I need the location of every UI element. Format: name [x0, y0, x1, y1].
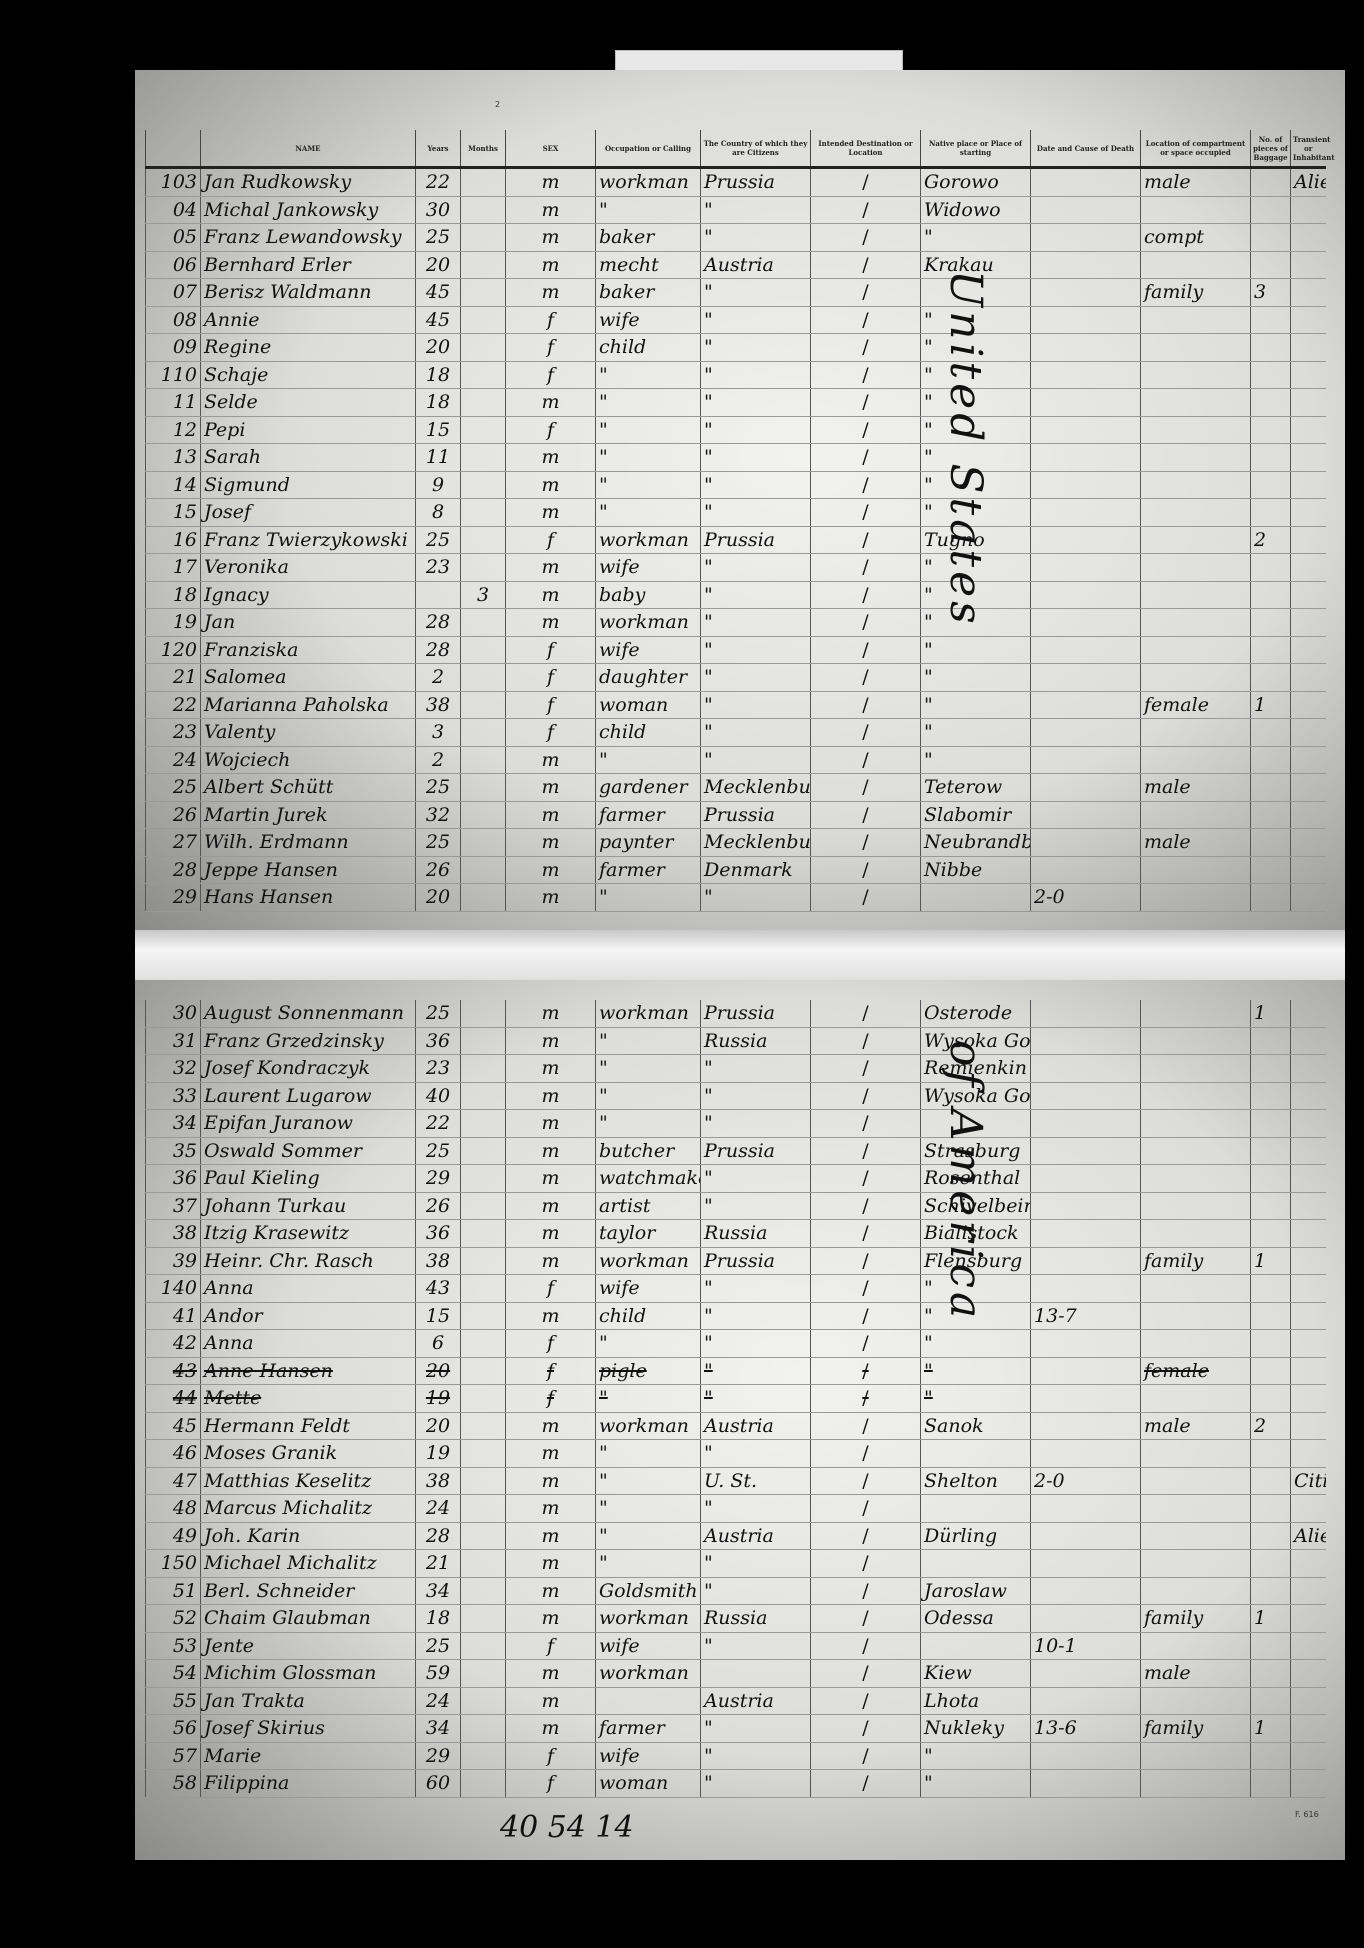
native-place: Dürling [921, 1522, 1031, 1550]
page-fold [135, 930, 1345, 980]
sex: m [506, 279, 596, 307]
date-of-death [1031, 719, 1141, 747]
age-months [461, 774, 506, 802]
row-number: 13 [146, 444, 201, 472]
transient-status [1291, 1220, 1326, 1248]
age-years: 19 [416, 1385, 461, 1413]
bottom-tally: 40 54 14 [500, 1810, 634, 1845]
occupation: workman [596, 609, 701, 637]
country: " [701, 224, 811, 252]
table-row: 21 Salomea 2 f daughter " / " [146, 664, 1326, 692]
table-row: 32 Josef Kondraczyk 23 m " " / Remienkin [146, 1055, 1326, 1083]
table-row: 45 Hermann Feldt 20 m workman Austria / … [146, 1412, 1326, 1440]
destination-mark: / [811, 499, 921, 527]
sex: m [506, 1440, 596, 1468]
transient-status [1291, 829, 1326, 857]
date-of-death [1031, 224, 1141, 252]
row-number: 07 [146, 279, 201, 307]
transient-status [1291, 279, 1326, 307]
compartment [1141, 636, 1251, 664]
passenger-name: Hans Hansen [201, 884, 416, 912]
row-number: 12 [146, 416, 201, 444]
table-row: 56 Josef Skirius 34 m farmer " / Nukleky… [146, 1715, 1326, 1743]
compartment: male [1141, 168, 1251, 197]
occupation: " [596, 444, 701, 472]
date-of-death [1031, 829, 1141, 857]
row-number: 39 [146, 1247, 201, 1275]
native-place: Neubrandbg [921, 829, 1031, 857]
passenger-name: Moses Granik [201, 1440, 416, 1468]
country: " [701, 389, 811, 417]
table-row: 22 Marianna Paholska 38 f woman " / " fe… [146, 691, 1326, 719]
age-years [416, 581, 461, 609]
destination-mark: / [811, 1577, 921, 1605]
native-place [921, 1632, 1031, 1660]
destination-mark: / [811, 1220, 921, 1248]
baggage-count: 3 [1251, 279, 1291, 307]
transient-status [1291, 306, 1326, 334]
passenger-name: Wojciech [201, 746, 416, 774]
occupation: " [596, 416, 701, 444]
destination-mark: / [811, 1550, 921, 1578]
table-row: 44 Mette 19 f " " / " [146, 1385, 1326, 1413]
row-number: 46 [146, 1440, 201, 1468]
transient-status [1291, 1165, 1326, 1193]
age-years: 25 [416, 1632, 461, 1660]
header-destination: Intended Destination or Location [811, 130, 921, 168]
table-row: 110 Schaje 18 f " " / " [146, 361, 1326, 389]
table-row: 33 Laurent Lugarow 40 m " " / Wysoka Gor… [146, 1082, 1326, 1110]
manifest-upper-table: NAME Years Months SEX Occupation or Call… [145, 130, 1326, 912]
sex: m [506, 444, 596, 472]
date-of-death [1031, 1357, 1141, 1385]
country: " [701, 1385, 811, 1413]
transient-status [1291, 1275, 1326, 1303]
baggage-count [1251, 829, 1291, 857]
compartment [1141, 251, 1251, 279]
occupation: workman [596, 1412, 701, 1440]
passenger-name: Michim Glossman [201, 1660, 416, 1688]
age-months [461, 168, 506, 197]
sex: f [506, 1330, 596, 1358]
country: " [701, 1192, 811, 1220]
compartment [1141, 1385, 1251, 1413]
destination-mark: / [811, 1385, 921, 1413]
sex: m [506, 1495, 596, 1523]
transient-status [1291, 884, 1326, 912]
age-months [461, 361, 506, 389]
destination-mark: / [811, 774, 921, 802]
date-of-death [1031, 636, 1141, 664]
sex: m [506, 1302, 596, 1330]
date-of-death [1031, 746, 1141, 774]
header-row: NAME Years Months SEX Occupation or Call… [146, 130, 1326, 168]
baggage-count: 1 [1251, 691, 1291, 719]
country: " [701, 499, 811, 527]
row-number: 110 [146, 361, 201, 389]
country: " [701, 746, 811, 774]
date-of-death [1031, 334, 1141, 362]
destination-mark: / [811, 279, 921, 307]
country: " [701, 884, 811, 912]
compartment [1141, 1330, 1251, 1358]
baggage-count: 2 [1251, 1412, 1291, 1440]
sex: m [506, 1082, 596, 1110]
table-row: 120 Franziska 28 f wife " / " [146, 636, 1326, 664]
age-months [461, 719, 506, 747]
compartment [1141, 1275, 1251, 1303]
age-years: 25 [416, 1000, 461, 1027]
table-row: 18 Ignacy 3 m baby " / " [146, 581, 1326, 609]
passenger-name: Regine [201, 334, 416, 362]
table-row: 15 Josef 8 m " " / " [146, 499, 1326, 527]
compartment: female [1141, 691, 1251, 719]
destination-mark: / [811, 719, 921, 747]
age-years: 45 [416, 306, 461, 334]
occupation: farmer [596, 856, 701, 884]
sex: m [506, 1577, 596, 1605]
sex: m [506, 856, 596, 884]
date-of-death [1031, 1550, 1141, 1578]
passenger-name: Oswald Sommer [201, 1137, 416, 1165]
passenger-name: Josef Kondraczyk [201, 1055, 416, 1083]
date-of-death [1031, 1770, 1141, 1798]
age-months [461, 1385, 506, 1413]
transient-status [1291, 1137, 1326, 1165]
passenger-name: Joh. Karin [201, 1522, 416, 1550]
destination-mark: / [811, 746, 921, 774]
compartment [1141, 856, 1251, 884]
native-place: Kiew [921, 1660, 1031, 1688]
sex: f [506, 416, 596, 444]
sex: f [506, 526, 596, 554]
baggage-count [1251, 719, 1291, 747]
row-number: 120 [146, 636, 201, 664]
table-row: 48 Marcus Michalitz 24 m " " / [146, 1495, 1326, 1523]
baggage-count [1251, 224, 1291, 252]
age-years: 25 [416, 224, 461, 252]
passenger-name: Marcus Michalitz [201, 1495, 416, 1523]
transient-status [1291, 1660, 1326, 1688]
transient-status [1291, 746, 1326, 774]
occupation: wife [596, 1742, 701, 1770]
age-years: 38 [416, 1467, 461, 1495]
compartment [1141, 1027, 1251, 1055]
occupation: workman [596, 1247, 701, 1275]
row-number: 08 [146, 306, 201, 334]
age-months [461, 526, 506, 554]
country: Prussia [701, 1247, 811, 1275]
age-years: 43 [416, 1275, 461, 1303]
sex: m [506, 499, 596, 527]
destination-mark: / [811, 581, 921, 609]
header-country: The Country of which they are Citizens [701, 130, 811, 168]
country: " [701, 1577, 811, 1605]
baggage-count [1251, 1632, 1291, 1660]
date-of-death [1031, 361, 1141, 389]
row-number: 41 [146, 1302, 201, 1330]
row-number: 53 [146, 1632, 201, 1660]
row-number: 57 [146, 1742, 201, 1770]
table-row: 39 Heinr. Chr. Rasch 38 m workman Prussi… [146, 1247, 1326, 1275]
transient-status [1291, 526, 1326, 554]
country: " [701, 1275, 811, 1303]
transient-status [1291, 719, 1326, 747]
baggage-count [1251, 1385, 1291, 1413]
transient-status [1291, 1110, 1326, 1138]
passenger-name: August Sonnenmann [201, 1000, 416, 1027]
row-number: 22 [146, 691, 201, 719]
country: " [701, 609, 811, 637]
age-years: 25 [416, 829, 461, 857]
age-years: 22 [416, 1110, 461, 1138]
table-row: 29 Hans Hansen 20 m " " / 2-0 [146, 884, 1326, 912]
baggage-count [1251, 664, 1291, 692]
destination-mark: / [811, 1137, 921, 1165]
occupation: paynter [596, 829, 701, 857]
country: " [701, 1632, 811, 1660]
destination-mark: / [811, 1440, 921, 1468]
destination-mark: / [811, 1632, 921, 1660]
country: " [701, 1082, 811, 1110]
destination-mark: / [811, 334, 921, 362]
passenger-name: Paul Kieling [201, 1165, 416, 1193]
manifest-lower-sheet: 30 August Sonnenmann 25 m workman Prussi… [135, 980, 1345, 1860]
table-row: 06 Bernhard Erler 20 m mecht Austria / K… [146, 251, 1326, 279]
destination-mark: / [811, 1687, 921, 1715]
destination-mark: / [811, 1742, 921, 1770]
age-years: 26 [416, 1192, 461, 1220]
transient-status [1291, 554, 1326, 582]
date-of-death [1031, 774, 1141, 802]
compartment [1141, 554, 1251, 582]
sex: m [506, 884, 596, 912]
passenger-name: Matthias Keselitz [201, 1467, 416, 1495]
row-number: 24 [146, 746, 201, 774]
destination-mark: / [811, 1027, 921, 1055]
date-of-death [1031, 196, 1141, 224]
age-years: 36 [416, 1220, 461, 1248]
baggage-count [1251, 1495, 1291, 1523]
table-row: 05 Franz Lewandowsky 25 m baker " / " co… [146, 224, 1326, 252]
table-row: 53 Jente 25 f wife " / 10-1 [146, 1632, 1326, 1660]
destination-mark: / [811, 526, 921, 554]
row-number: 26 [146, 801, 201, 829]
destination-mark: / [811, 884, 921, 912]
baggage-count [1251, 1687, 1291, 1715]
header-compartment: Location of compartment or space occupie… [1141, 130, 1251, 168]
occupation: " [596, 746, 701, 774]
sex: m [506, 389, 596, 417]
transient-status: Citizen of U.S. [1291, 1467, 1326, 1495]
destination-mark: / [811, 1330, 921, 1358]
table-row: 46 Moses Granik 19 m " " / [146, 1440, 1326, 1468]
destination-mark: / [811, 444, 921, 472]
row-number: 29 [146, 884, 201, 912]
age-years: 24 [416, 1495, 461, 1523]
compartment [1141, 746, 1251, 774]
transient-status [1291, 581, 1326, 609]
sex: m [506, 554, 596, 582]
age-months [461, 801, 506, 829]
destination-mark: / [811, 416, 921, 444]
transient-status [1291, 1770, 1326, 1798]
baggage-count [1251, 1550, 1291, 1578]
occupation: " [596, 1027, 701, 1055]
country: " [701, 471, 811, 499]
destination-mark: / [811, 1302, 921, 1330]
transient-status: Alien [1291, 168, 1326, 197]
transient-status [1291, 1605, 1326, 1633]
passenger-name: Jan Trakta [201, 1687, 416, 1715]
age-years: 24 [416, 1687, 461, 1715]
age-years: 20 [416, 1357, 461, 1385]
occupation: wife [596, 1275, 701, 1303]
age-months [461, 1605, 506, 1633]
baggage-count [1251, 636, 1291, 664]
compartment [1141, 471, 1251, 499]
sex: f [506, 1385, 596, 1413]
occupation: workman [596, 526, 701, 554]
age-months [461, 1027, 506, 1055]
age-years: 25 [416, 774, 461, 802]
sex: m [506, 1687, 596, 1715]
destination-mark: / [811, 168, 921, 197]
compartment [1141, 1165, 1251, 1193]
native-place: Lhota [921, 1687, 1031, 1715]
table-row: 31 Franz Grzedzinsky 36 m " Russia / Wys… [146, 1027, 1326, 1055]
sex: m [506, 1522, 596, 1550]
age-months [461, 829, 506, 857]
sex: m [506, 774, 596, 802]
destination-mark: / [811, 636, 921, 664]
country: " [701, 1302, 811, 1330]
baggage-count [1251, 361, 1291, 389]
compartment [1141, 1770, 1251, 1798]
passenger-name: Chaim Glaubman [201, 1605, 416, 1633]
native-place: Nibbe [921, 856, 1031, 884]
country: " [701, 1110, 811, 1138]
date-of-death [1031, 471, 1141, 499]
header-sex: SEX [506, 130, 596, 168]
age-years: 18 [416, 1605, 461, 1633]
age-years: 32 [416, 801, 461, 829]
table-row: 52 Chaim Glaubman 18 m workman Russia / … [146, 1605, 1326, 1633]
compartment [1141, 1440, 1251, 1468]
row-number: 36 [146, 1165, 201, 1193]
country: Prussia [701, 801, 811, 829]
row-number: 16 [146, 526, 201, 554]
date-of-death [1031, 609, 1141, 637]
row-number: 06 [146, 251, 201, 279]
date-of-death [1031, 1412, 1141, 1440]
destination-mark: / [811, 1275, 921, 1303]
transient-status [1291, 196, 1326, 224]
passenger-name: Franz Lewandowsky [201, 224, 416, 252]
transient-status [1291, 1247, 1326, 1275]
destination-mark: / [811, 196, 921, 224]
row-number: 35 [146, 1137, 201, 1165]
transient-status [1291, 1302, 1326, 1330]
table-row: 30 August Sonnenmann 25 m workman Prussi… [146, 1000, 1326, 1027]
native-place: Osterode [921, 1000, 1031, 1027]
header-occupation: Occupation or Calling [596, 130, 701, 168]
occupation: baker [596, 279, 701, 307]
destination-mark: / [811, 1247, 921, 1275]
passenger-name: Valenty [201, 719, 416, 747]
age-months [461, 1467, 506, 1495]
occupation: baker [596, 224, 701, 252]
age-months [461, 691, 506, 719]
baggage-count: 1 [1251, 1605, 1291, 1633]
manifest-lower-rows: 30 August Sonnenmann 25 m workman Prussi… [146, 1000, 1326, 1797]
date-of-death [1031, 389, 1141, 417]
baggage-count [1251, 251, 1291, 279]
age-months [461, 444, 506, 472]
occupation: workman [596, 1000, 701, 1027]
date-of-death [1031, 1137, 1141, 1165]
compartment [1141, 196, 1251, 224]
country: " [701, 279, 811, 307]
transient-status [1291, 1550, 1326, 1578]
destination-mark: / [811, 389, 921, 417]
compartment [1141, 1220, 1251, 1248]
compartment [1141, 499, 1251, 527]
passenger-name: Jan [201, 609, 416, 637]
passenger-name: Salomea [201, 664, 416, 692]
table-row: 49 Joh. Karin 28 m " Austria / Dürling A… [146, 1522, 1326, 1550]
country: " [701, 1715, 811, 1743]
occupation: wife [596, 554, 701, 582]
baggage-count [1251, 389, 1291, 417]
passenger-name: Andor [201, 1302, 416, 1330]
destination-mark: / [811, 1055, 921, 1083]
baggage-count [1251, 334, 1291, 362]
age-years: 25 [416, 526, 461, 554]
sex: m [506, 1000, 596, 1027]
table-row: 23 Valenty 3 f child " / " [146, 719, 1326, 747]
passenger-name: Michal Jankowsky [201, 196, 416, 224]
native-place: Nukleky [921, 1715, 1031, 1743]
age-years: 28 [416, 1522, 461, 1550]
occupation: watchmaker [596, 1165, 701, 1193]
age-months [461, 1247, 506, 1275]
native-place: Jaroslaw [921, 1577, 1031, 1605]
compartment [1141, 609, 1251, 637]
footer-mark: F. 616 [1295, 1810, 1319, 1819]
row-number: 27 [146, 829, 201, 857]
age-years: 9 [416, 471, 461, 499]
baggage-count [1251, 609, 1291, 637]
occupation: workman [596, 168, 701, 197]
age-years: 60 [416, 1770, 461, 1798]
age-years: 38 [416, 1247, 461, 1275]
baggage-count [1251, 774, 1291, 802]
table-row: 54 Michim Glossman 59 m workman / Kiew m… [146, 1660, 1326, 1688]
baggage-count [1251, 1660, 1291, 1688]
compartment: male [1141, 774, 1251, 802]
table-row: 55 Jan Trakta 24 m Austria / Lhota [146, 1687, 1326, 1715]
compartment [1141, 1577, 1251, 1605]
manifest-upper-rows: 103 Jan Rudkowsky 22 m workman Prussia /… [146, 168, 1326, 912]
occupation: " [596, 196, 701, 224]
baggage-count [1251, 1467, 1291, 1495]
country: Austria [701, 251, 811, 279]
age-months [461, 1412, 506, 1440]
age-years: 2 [416, 664, 461, 692]
destination-mark: / [811, 224, 921, 252]
occupation: child [596, 334, 701, 362]
